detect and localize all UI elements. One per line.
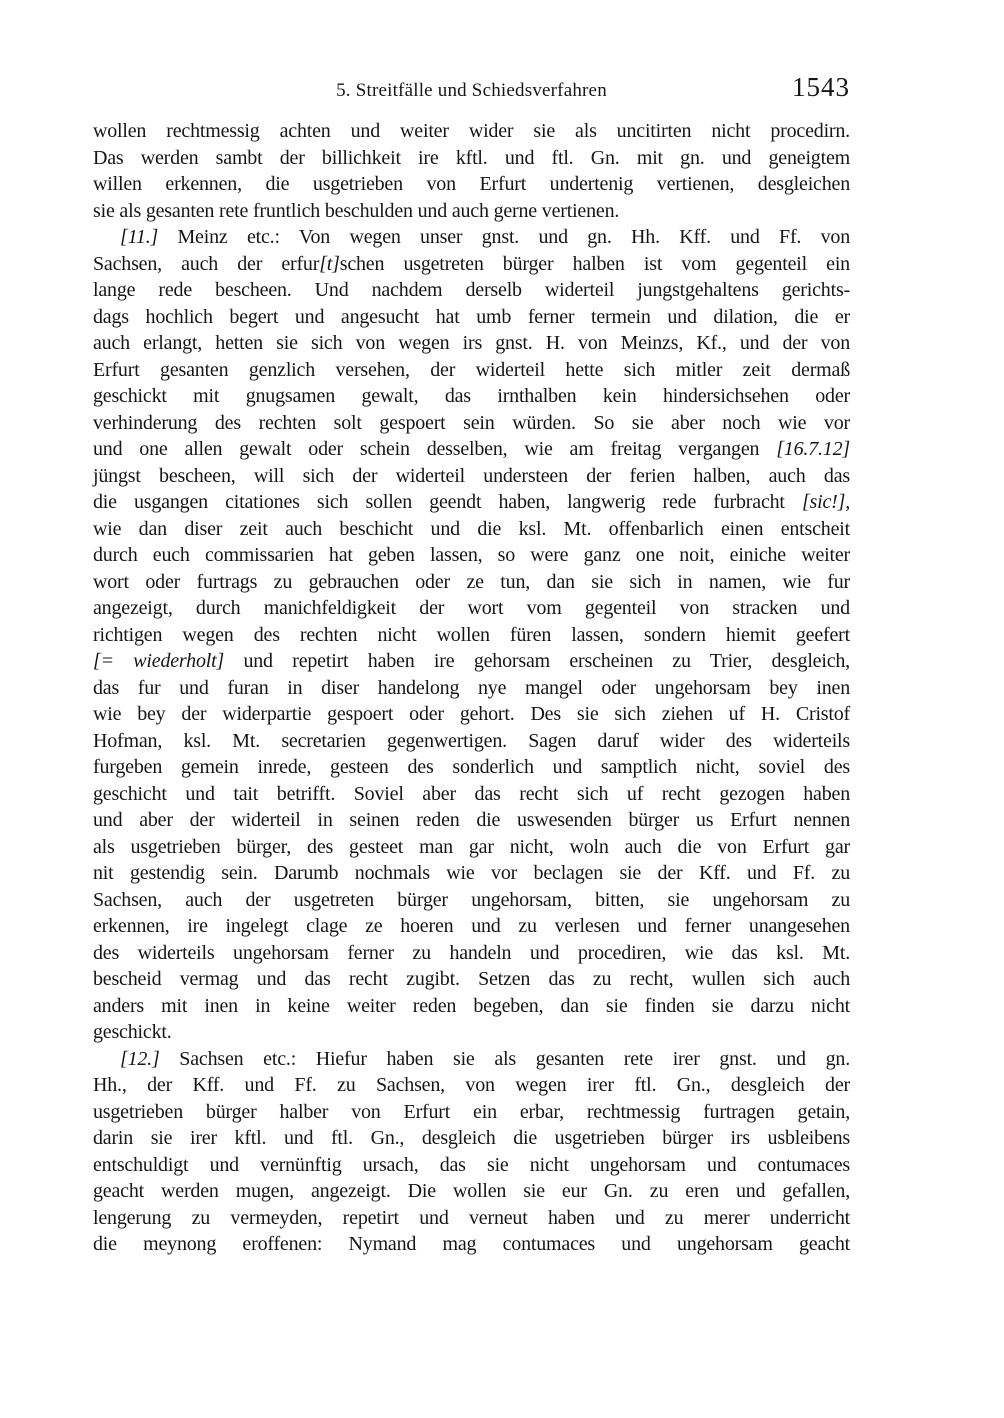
- text-line: wie bey der widerpartie gespoert oder ge…: [93, 701, 850, 728]
- text-segment: durch euch commissarien hat geben lassen…: [93, 544, 850, 566]
- text-segment: erkennen, ire ingelegt clage ze hoeren u…: [93, 915, 850, 937]
- text-line: als usgetrieben bürger, des gesteet man …: [93, 834, 850, 861]
- text-line: Erfurt gesanten genzlich versehen, der w…: [93, 357, 850, 384]
- text-segment: Erfurt gesanten genzlich versehen, der w…: [93, 359, 850, 381]
- paragraph: [12.] Sachsen etc.: Hiefur haben sie als…: [93, 1046, 850, 1258]
- text-segment: wie dan diser zeit auch beschicht und di…: [93, 518, 850, 540]
- text-segment: Sachsen etc.: Hiefur haben sie als gesan…: [160, 1048, 850, 1070]
- running-head: 5. Streitfälle und Schiedsverfahren 1543: [93, 72, 850, 110]
- text-segment: geschicht und tait betrifft. Soviel aber…: [93, 783, 850, 805]
- text-segment: bescheid vermag und das recht zugibt. Se…: [93, 968, 850, 990]
- text-segment: wort oder furtrags zu gebrauchen oder ze…: [93, 571, 850, 593]
- text-line: sie als gesanten rete fruntlich beschuld…: [93, 198, 850, 225]
- text-segment: Sachsen, auch der erfur: [93, 253, 319, 275]
- text-segment: richtigen wegen des rechten nicht wollen…: [93, 624, 850, 646]
- text-segment: geschickt mit gnugsamen gewalt, das irnt…: [93, 385, 850, 407]
- text-line: die usgangen citationes sich sollen geen…: [93, 489, 850, 516]
- text-segment: anders mit inen in keine weiter reden be…: [93, 995, 850, 1017]
- text-segment: entschuldigt und vernünftig ursach, das …: [93, 1154, 850, 1176]
- text-line: Das werden sambt der billichkeit ire kft…: [93, 145, 850, 172]
- body-text: wollen rechtmessig achten und weiter wid…: [93, 118, 850, 1258]
- text-segment: lengerung zu vermeyden, repetirt und ver…: [93, 1207, 850, 1229]
- text-segment: Hofman, ksl. Mt. secretarien gegenwertig…: [93, 730, 850, 752]
- text-line: geschicht und tait betrifft. Soviel aber…: [93, 781, 850, 808]
- text-line: Sachsen, auch der usgetreten bürger unge…: [93, 887, 850, 914]
- text-line: wollen rechtmessig achten und weiter wid…: [93, 118, 850, 145]
- text-segment: dags hochlich begert und angesucht hat u…: [93, 306, 850, 328]
- text-segment: auch erlangt, hetten sie sich von wegen …: [93, 332, 850, 354]
- text-line: usgetrieben bürger halber von Erfurt ein…: [93, 1099, 850, 1126]
- text-line: und aber der widerteil in seinen reden d…: [93, 807, 850, 834]
- text-segment: willen erkennen, die usgetrieben von Erf…: [93, 173, 850, 195]
- text-segment: jüngst bescheen, will sich der widerteil…: [93, 465, 850, 487]
- text-line: willen erkennen, die usgetrieben von Erf…: [93, 171, 850, 198]
- text-line: erkennen, ire ingelegt clage ze hoeren u…: [93, 913, 850, 940]
- text-segment: des widerteils ungehorsam ferner zu hand…: [93, 942, 850, 964]
- text-line: geschickt mit gnugsamen gewalt, das irnt…: [93, 383, 850, 410]
- text-segment: die usgangen citationes sich sollen geen…: [93, 491, 802, 513]
- text-line: lengerung zu vermeyden, repetirt und ver…: [93, 1205, 850, 1232]
- text-line: nit gestendig sein. Darumb nochmals wie …: [93, 860, 850, 887]
- text-line: die meynong eroffenen: Nymand mag contum…: [93, 1231, 850, 1258]
- text-segment: Hh., der Kff. und Ff. zu Sachsen, von we…: [93, 1074, 850, 1096]
- text-line: richtigen wegen des rechten nicht wollen…: [93, 622, 850, 649]
- text-segment: Das werden sambt der billichkeit ire kft…: [93, 147, 850, 169]
- text-segment: angezeigt, durch manichfeldigkeit der wo…: [93, 597, 850, 619]
- text-line: geschickt.: [93, 1019, 850, 1046]
- text-segment: die meynong eroffenen: Nymand mag contum…: [93, 1233, 850, 1255]
- text-segment: als usgetrieben bürger, des gesteet man …: [93, 836, 850, 858]
- text-segment: Meinz etc.: Von wegen unser gnst. und gn…: [158, 226, 850, 248]
- running-head-title: 5. Streitfälle und Schiedsverfahren: [93, 80, 850, 102]
- text-segment: furgeben gemein inrede, gesteen des sond…: [93, 756, 850, 778]
- editorial-note: [16.7.12]: [776, 438, 850, 460]
- text-segment: und repetirt haben ire gehorsam erschein…: [224, 650, 850, 672]
- text-line: auch erlangt, hetten sie sich von wegen …: [93, 330, 850, 357]
- text-segment: schen usgetreten bürger halben ist vom g…: [340, 253, 850, 275]
- text-line: des widerteils ungehorsam ferner zu hand…: [93, 940, 850, 967]
- text-line: das fur und furan in diser handelong nye…: [93, 675, 850, 702]
- text-segment: lange rede bescheen. Und nachdem derselb…: [93, 279, 850, 301]
- text-segment: und one allen gewalt oder schein desselb…: [93, 438, 776, 460]
- text-line: [11.] Meinz etc.: Von wegen unser gnst. …: [93, 224, 850, 251]
- editorial-note: [= wiederholt]: [93, 650, 224, 672]
- text-segment: das fur und furan in diser handelong nye…: [93, 677, 850, 699]
- text-line: jüngst bescheen, will sich der widerteil…: [93, 463, 850, 490]
- text-segment: und aber der widerteil in seinen reden d…: [93, 809, 850, 831]
- text-line: bescheid vermag und das recht zugibt. Se…: [93, 966, 850, 993]
- text-segment: geschickt.: [93, 1021, 172, 1043]
- text-line: wie dan diser zeit auch beschicht und di…: [93, 516, 850, 543]
- text-segment: usgetrieben bürger halber von Erfurt ein…: [93, 1101, 850, 1123]
- text-segment: sie als gesanten rete fruntlich beschuld…: [93, 200, 619, 222]
- text-line: geacht werden mugen, angezeigt. Die woll…: [93, 1178, 850, 1205]
- book-page: 5. Streitfälle und Schiedsverfahren 1543…: [0, 0, 1004, 1418]
- text-line: anders mit inen in keine weiter reden be…: [93, 993, 850, 1020]
- text-line: entschuldigt und vernünftig ursach, das …: [93, 1152, 850, 1179]
- text-line: darin sie irer kftl. und ftl. Gn., desgl…: [93, 1125, 850, 1152]
- text-line: furgeben gemein inrede, gesteen des sond…: [93, 754, 850, 781]
- text-line: Sachsen, auch der erfur[t]schen usgetret…: [93, 251, 850, 278]
- text-segment: nit gestendig sein. Darumb nochmals wie …: [93, 862, 850, 884]
- text-segment: verhinderung des rechten solt gespoert s…: [93, 412, 850, 434]
- text-line: und one allen gewalt oder schein desselb…: [93, 436, 850, 463]
- text-line: wort oder furtrags zu gebrauchen oder ze…: [93, 569, 850, 596]
- editorial-note: [12.]: [120, 1048, 160, 1070]
- text-line: durch euch commissarien hat geben lassen…: [93, 542, 850, 569]
- text-line: Hh., der Kff. und Ff. zu Sachsen, von we…: [93, 1072, 850, 1099]
- text-segment: wie bey der widerpartie gespoert oder ge…: [93, 703, 850, 725]
- paragraph: [11.] Meinz etc.: Von wegen unser gnst. …: [93, 224, 850, 1046]
- text-line: Hofman, ksl. Mt. secretarien gegenwertig…: [93, 728, 850, 755]
- text-segment: darin sie irer kftl. und ftl. Gn., desgl…: [93, 1127, 850, 1149]
- text-segment: geacht werden mugen, angezeigt. Die woll…: [93, 1180, 850, 1202]
- page-number: 1543: [792, 72, 850, 103]
- text-segment: wollen rechtmessig achten und weiter wid…: [93, 120, 850, 142]
- text-line: verhinderung des rechten solt gespoert s…: [93, 410, 850, 437]
- text-line: lange rede bescheen. Und nachdem derselb…: [93, 277, 850, 304]
- paragraph: wollen rechtmessig achten und weiter wid…: [93, 118, 850, 224]
- editorial-note: [sic!]: [802, 491, 845, 513]
- text-line: [= wiederholt] und repetirt haben ire ge…: [93, 648, 850, 675]
- text-segment: Sachsen, auch der usgetreten bürger unge…: [93, 889, 850, 911]
- text-line: dags hochlich begert und angesucht hat u…: [93, 304, 850, 331]
- text-line: angezeigt, durch manichfeldigkeit der wo…: [93, 595, 850, 622]
- text-segment: ,: [845, 491, 850, 513]
- editorial-note: [11.]: [120, 226, 158, 248]
- text-line: [12.] Sachsen etc.: Hiefur haben sie als…: [93, 1046, 850, 1073]
- editorial-note: [t]: [319, 253, 340, 275]
